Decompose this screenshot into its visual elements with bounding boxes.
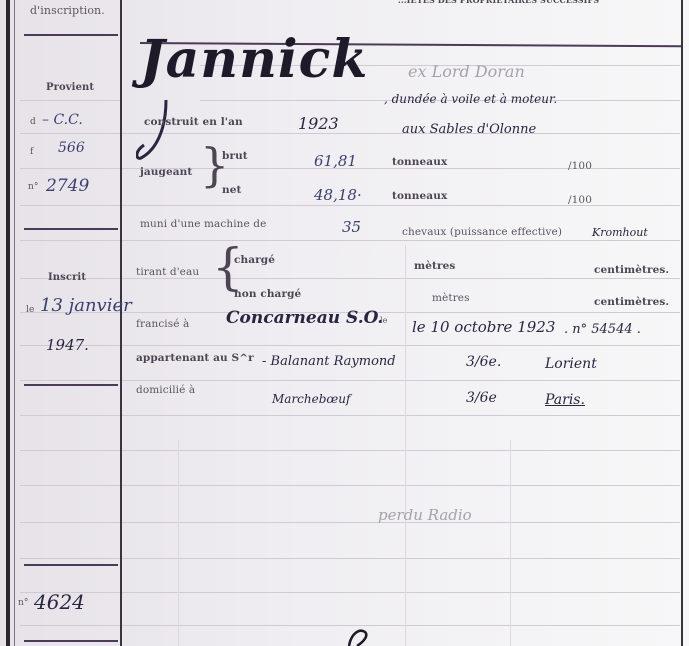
co-owner-share: 3/6e bbox=[466, 390, 497, 406]
gross-label: brut bbox=[222, 150, 248, 162]
tonnage-unit: tonneaux bbox=[392, 190, 447, 202]
built-label: construit en l'an bbox=[144, 116, 243, 128]
engine-unit: chevaux (puissance effective) bbox=[402, 226, 562, 238]
owner-label: appartenant au S^r bbox=[136, 352, 254, 364]
ruled-line bbox=[20, 278, 680, 279]
inscrit-date-prefix: le bbox=[26, 305, 34, 315]
owners-header: ...IÉTÉS DES PROPRIÉTAIRES SUCCESSIFS bbox=[398, 0, 599, 5]
column-divider bbox=[120, 0, 122, 646]
header-rule bbox=[24, 34, 118, 36]
former-name-note: ex Lord Doran bbox=[408, 62, 525, 81]
faint-column-guide bbox=[405, 245, 406, 646]
section-rule bbox=[24, 564, 118, 566]
provient-folio: 566 bbox=[58, 140, 85, 156]
brace: } bbox=[200, 142, 229, 188]
vessel-type: , dundée à voile et à moteur. bbox=[384, 92, 557, 106]
built-year: 1923 bbox=[298, 114, 339, 133]
provient-prefix: f bbox=[30, 147, 33, 157]
engine-power: 35 bbox=[342, 218, 361, 236]
draft-label: tirant d'eau bbox=[136, 266, 199, 278]
provient-prefix: n° bbox=[28, 182, 39, 192]
ruled-line bbox=[20, 240, 680, 241]
centimeters-label: centimètres. bbox=[594, 264, 669, 276]
section-rule bbox=[24, 640, 118, 642]
ruled-line bbox=[20, 558, 680, 559]
registry-page: d'inscription. Provient d – C.C. f 566 n… bbox=[0, 0, 689, 646]
faint-column-guide bbox=[510, 440, 511, 646]
calligraphy-flourish bbox=[136, 100, 196, 160]
owner-name: - Balanant Raymond bbox=[262, 354, 396, 369]
inscrit-label: Inscrit bbox=[48, 272, 86, 283]
ship-name: Jannick bbox=[140, 34, 368, 86]
net-tonnage: 48,18· bbox=[314, 186, 362, 204]
co-owner-city: Paris. bbox=[545, 392, 585, 408]
built-place: aux Sables d'Olonne bbox=[402, 122, 536, 137]
co-owner-name: Marchebœuf bbox=[272, 392, 350, 406]
meters-label: mètres bbox=[432, 292, 470, 304]
fraction-label: /100 bbox=[568, 160, 592, 172]
ruled-line bbox=[20, 625, 680, 626]
provient-number: 2749 bbox=[46, 176, 89, 196]
gross-tonnage: 61,81 bbox=[314, 152, 357, 170]
faint-column-guide bbox=[178, 440, 179, 646]
provient-origin: – C.C. bbox=[42, 112, 83, 128]
fraction-label: /100 bbox=[568, 194, 592, 206]
handwriting-stroke bbox=[345, 628, 375, 646]
tonnage-label: jaugeant bbox=[140, 166, 192, 178]
engine-make: Kromhout bbox=[592, 226, 648, 239]
tonnage-unit: tonneaux bbox=[392, 156, 447, 168]
ruled-line bbox=[20, 522, 680, 523]
engine-label: muni d'une machine de bbox=[140, 218, 266, 230]
registration-number: 4624 bbox=[34, 590, 85, 614]
domicile-label: domicilié à bbox=[136, 384, 195, 396]
left-margin-line bbox=[14, 0, 15, 646]
right-border bbox=[681, 0, 683, 646]
net-label: net bbox=[222, 184, 241, 196]
ruled-line bbox=[20, 345, 680, 346]
section-rule bbox=[24, 384, 118, 386]
francise-number: . n° 54544 . bbox=[564, 322, 641, 337]
provient-prefix: d bbox=[30, 117, 36, 127]
pencil-note: perdu Radio bbox=[378, 506, 472, 524]
registration-number-prefix: n° bbox=[18, 598, 29, 608]
owner-share: 3/6e. bbox=[466, 354, 501, 370]
section-rule bbox=[24, 228, 118, 230]
inscription-header: d'inscription. bbox=[30, 4, 105, 17]
francise-place: Concarneau S.O. bbox=[226, 308, 383, 328]
page-edge-line bbox=[6, 0, 10, 646]
ruled-line bbox=[20, 100, 120, 101]
ruled-line bbox=[20, 592, 680, 593]
ruled-line bbox=[20, 133, 680, 134]
inscrit-year: 1947. bbox=[46, 336, 89, 354]
loaded-label: chargé bbox=[234, 254, 275, 266]
ruled-line bbox=[20, 415, 680, 416]
inscrit-date: 13 janvier bbox=[40, 295, 132, 316]
ruled-line bbox=[20, 485, 680, 486]
brace: { bbox=[212, 242, 244, 292]
ruled-line bbox=[20, 450, 680, 451]
francise-label: francisé à bbox=[136, 318, 189, 330]
unloaded-label: non chargé bbox=[234, 288, 301, 300]
provient-label: Provient bbox=[46, 82, 94, 93]
meters-label: mètres bbox=[414, 260, 455, 272]
owner-city: Lorient bbox=[545, 356, 597, 372]
ruled-line bbox=[20, 380, 680, 381]
francise-le: le bbox=[380, 316, 388, 325]
francise-date: le 10 octobre 1923 bbox=[412, 318, 555, 336]
centimeters-label: centimètres. bbox=[594, 296, 669, 308]
